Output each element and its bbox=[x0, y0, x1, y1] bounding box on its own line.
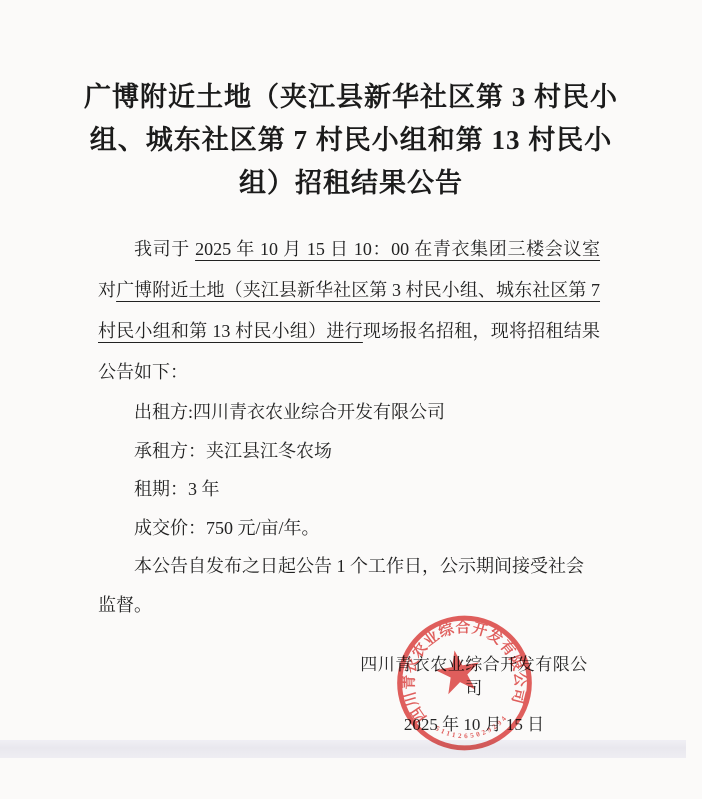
intro-plain: 对 bbox=[98, 280, 116, 300]
document-title: 广博附近土地（夹江县新华社区第 3 村民小 组、城东社区第 7 村民小组和第 1… bbox=[0, 0, 702, 205]
intro-lead: 我司于 bbox=[134, 239, 195, 259]
intro-underlined-date-venue: 2025 年 10 月 15 日 10：00 在青衣集团三楼会议室 bbox=[195, 239, 600, 259]
lessor-line: 出租方:四川青衣农业综合开发有限公司 bbox=[98, 393, 600, 432]
term-line: 租期：3 年 bbox=[98, 470, 600, 509]
title-line-2: 组、城东社区第 7 村民小组和第 13 村民小 bbox=[0, 119, 702, 162]
document-body: 我司于 2025 年 10 月 15 日 10：00 在青衣集团三楼会议室对广博… bbox=[98, 229, 600, 624]
title-line-3: 组）招租结果公告 bbox=[0, 162, 702, 205]
title-line-1: 广博附近土地（夹江县新华社区第 3 村民小 bbox=[0, 76, 702, 119]
scanner-artifact-band bbox=[0, 740, 686, 758]
document-page: 广博附近土地（夹江县新华社区第 3 村民小 组、城东社区第 7 村民小组和第 1… bbox=[0, 0, 702, 799]
red-star-icon bbox=[433, 647, 484, 696]
lessee-line: 承租方：夹江县江冬农场 bbox=[98, 432, 600, 471]
official-seal-stamp: 四川青衣农业综合开发有限公司 5111265029294 bbox=[394, 611, 535, 755]
stamp-code: 5111265029294 bbox=[433, 712, 513, 746]
intro-paragraph: 我司于 2025 年 10 月 15 日 10：00 在青衣集团三楼会议室对广博… bbox=[98, 229, 600, 393]
price-line: 成交价：750 元/亩/年。 bbox=[98, 509, 600, 548]
